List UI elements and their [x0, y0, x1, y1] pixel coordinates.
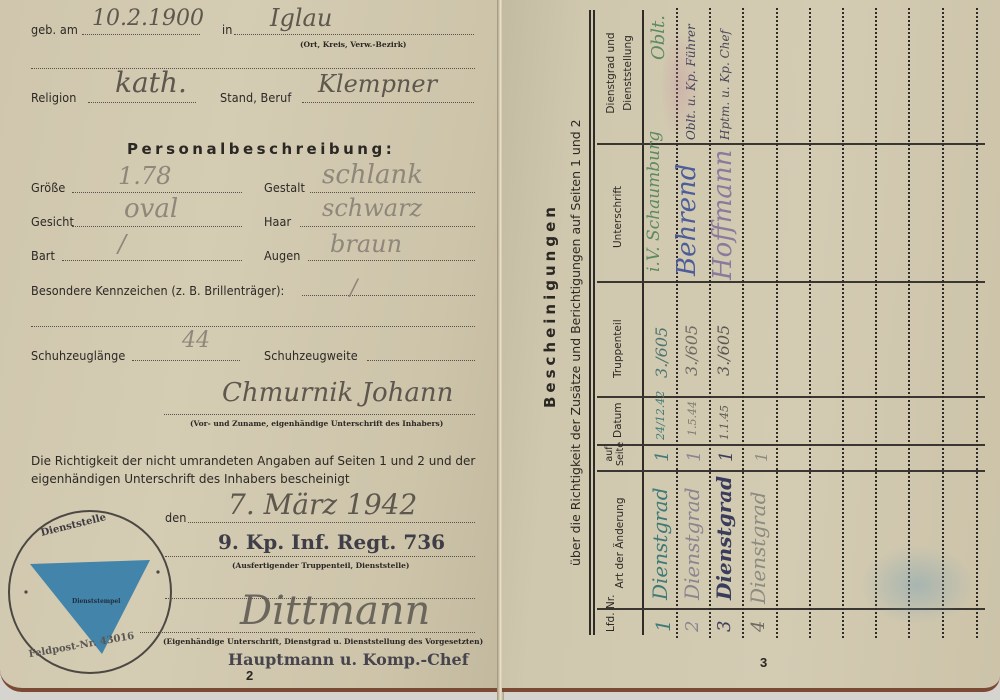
header-art: Art der Änderung [612, 488, 629, 598]
row2-art: Dienstgrad [680, 487, 704, 600]
row3-unterschrift: Hoffmann [708, 150, 738, 280]
row1-datum: 24/12.42 [654, 391, 667, 440]
birth-place-caption: (Ort, Kreis, Verw.-Bezirk) [300, 40, 406, 49]
dotted-line [31, 68, 475, 69]
dotted-line [165, 556, 475, 557]
eyes-value: braun [330, 230, 402, 258]
superior-signature: Dittmann [240, 588, 430, 634]
birth-date-value: 10.2.1900 [92, 6, 204, 31]
shoe-length-value: 44 [182, 328, 210, 353]
header-truppenteil: Truppenteil [612, 319, 625, 378]
header-dienstgrad: Dienstgrad und Dienststellung [603, 18, 637, 128]
row1-seite: 1 [652, 451, 673, 462]
eyes-label: Augen [264, 248, 301, 263]
row-divider [742, 8, 744, 638]
date-value: 7. März 1942 [228, 488, 417, 521]
row-divider [942, 8, 944, 638]
row-divider [776, 8, 778, 638]
issuing-unit-stamp: 9. Kp. Inf. Regt. 736 [218, 530, 445, 554]
superior-signature-caption: (Eigenhändige Unterschrift, Dienstgrad u… [163, 637, 483, 646]
dotted-line [188, 522, 475, 523]
table-border [593, 10, 595, 635]
dotted-line [165, 598, 475, 599]
row3-datum: 1.1.45 [718, 405, 731, 440]
row3-nr: 3 [714, 621, 735, 632]
column-divider [597, 444, 985, 446]
dotted-line [302, 295, 475, 296]
document-page-left: geb. am 10.2.1900 in Iglau (Ort, Kreis, … [0, 0, 500, 692]
row2-seite: 1 [684, 451, 705, 462]
build-label: Gestalt [264, 180, 305, 195]
row3-dienstgrad: Hptm. u. Kp. Chef [718, 30, 732, 140]
dotted-line [234, 34, 474, 35]
marks-label: Besondere Kennzeichen (z. B. Brillenträg… [31, 283, 284, 298]
row1-nr: 1 [651, 619, 675, 632]
dotted-line [164, 414, 475, 415]
marks-value: / [350, 276, 357, 301]
face-value: oval [124, 194, 178, 224]
shoe-width-label: Schuhzeugweite [264, 348, 358, 363]
office-stamp: Dienststelle Dienststempel Feldpost-Nr. … [8, 510, 172, 674]
row1-truppenteil: 3./605 [652, 327, 671, 378]
page-number-left: 2 [246, 668, 253, 683]
holder-signature-caption: (Vor- und Zuname, eigenhändige Unterschr… [190, 419, 443, 428]
build-value: schlank [322, 160, 423, 190]
dotted-line [308, 260, 475, 261]
hair-label: Haar [264, 214, 291, 229]
height-value: 1.78 [118, 162, 171, 190]
birth-date-label: geb. am [31, 22, 78, 37]
dotted-line [310, 192, 475, 193]
dotted-line [62, 260, 242, 261]
dotted-line [31, 326, 475, 327]
dotted-line [367, 360, 475, 361]
header-unterschrift: Unterschrift [612, 186, 625, 248]
table-border [642, 10, 644, 635]
dotted-line [72, 226, 242, 227]
table-subtitle: über die Richtigkeit der Zusätze und Ber… [568, 119, 583, 566]
row2-unterschrift: Behrend [672, 164, 702, 276]
dotted-line [82, 34, 200, 35]
birth-place-value: Iglau [270, 4, 332, 32]
beard-value: / [118, 230, 126, 258]
shoe-length-label: Schuhzeuglänge [31, 348, 125, 363]
face-label: Gesicht [31, 214, 74, 229]
height-label: Größe [31, 180, 65, 195]
row-divider [908, 8, 910, 638]
occupation-label: Stand, Beruf [220, 90, 291, 105]
dotted-line [132, 360, 240, 361]
faded-stamp-mark [860, 545, 975, 625]
dotted-line [140, 632, 475, 633]
header-datum: Datum [612, 402, 625, 438]
certification-text: Die Richtigkeit der nicht umrandeten Ang… [31, 452, 479, 488]
row-divider [842, 8, 844, 638]
beard-label: Bart [31, 248, 55, 263]
birth-place-label: in [222, 22, 232, 37]
superior-rank-stamp: Hauptmann u. Komp.-Chef [228, 650, 469, 669]
dotted-line [72, 192, 242, 193]
row4-seite: 1 [752, 452, 771, 462]
row-divider [809, 8, 811, 638]
column-divider [597, 470, 985, 472]
dotted-line [302, 102, 474, 103]
stamp-center-text: Dienststempel [72, 598, 120, 605]
table-border [589, 10, 591, 635]
description-heading: Personalbeschreibung: [127, 140, 395, 158]
row4-nr: 4 [748, 621, 769, 632]
holder-signature: Chmurnik Johann [222, 378, 453, 408]
row2-truppenteil: 3./605 [682, 325, 701, 376]
religion-value: kath. [115, 66, 187, 99]
row1-unterschrift: i.V. Schaumburg [644, 131, 664, 272]
row2-datum: 1.5.44 [686, 401, 699, 436]
dotted-line [300, 226, 475, 227]
hair-value: schwarz [322, 194, 422, 222]
religion-label: Religion [31, 90, 77, 105]
header-seite: auf Seite [604, 442, 626, 466]
page-number-right: 3 [760, 655, 767, 670]
header-lfd-nr: Lfd. Nr. [605, 595, 618, 632]
row4-art: Dienstgrad [746, 491, 770, 604]
row2-nr: 2 [682, 621, 703, 632]
faded-stamp-mark [660, 30, 700, 140]
row1-art: Dienstgrad [648, 487, 672, 600]
row-divider [976, 8, 978, 638]
dotted-line [88, 102, 196, 103]
row3-art: Dienstgrad [712, 476, 736, 600]
row3-truppenteil: 3./605 [714, 325, 733, 376]
issuing-unit-caption: (Ausfertigender Truppenteil, Dienststell… [232, 561, 409, 570]
row3-seite: 1 [716, 451, 737, 462]
column-divider [597, 281, 985, 283]
row-divider [875, 8, 877, 638]
table-title: Bescheinigungen [541, 203, 559, 408]
occupation-value: Klempner [318, 70, 437, 98]
row-divider [709, 8, 711, 638]
